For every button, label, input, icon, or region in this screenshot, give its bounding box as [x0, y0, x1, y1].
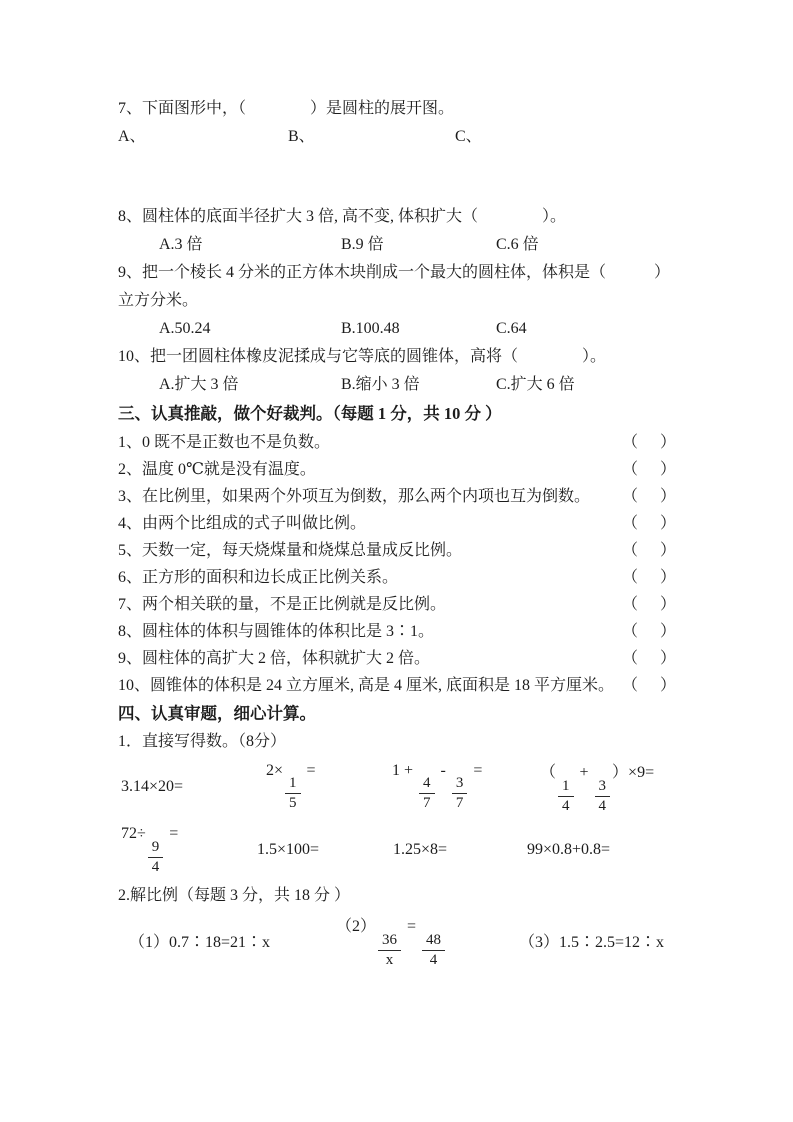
- paren-close: ）: [660, 591, 676, 618]
- calc-subtask-2-label: 2.解比例（每题 3 分，共 18 分 ）: [118, 883, 676, 909]
- answer-parentheses: （）: [622, 429, 676, 456]
- judge-item-text: 2、温度 0℃就是没有温度。: [118, 456, 316, 483]
- paren-open: （: [622, 429, 638, 456]
- question-9: 9、把一个棱长 4 分米的正方体木块削成一个最大的圆柱体，体积是（ ） 立方分米…: [118, 259, 676, 343]
- expression-4-part1: （: [540, 764, 556, 781]
- calc-subtask-1-label: 1．直接写得数。（8分）: [118, 729, 676, 755]
- judge-item-text: 3、在比例里，如果两个外项互为倒数，那么两个内项也互为倒数。: [118, 483, 590, 510]
- expression-8: 99×0.8+0.8=: [527, 841, 676, 859]
- question-9-text-line1: 9、把一个棱长 4 分米的正方体木块削成一个最大的圆柱体，体积是（ ）: [118, 259, 676, 287]
- paren-open: （: [622, 456, 638, 483]
- judge-item-6: 6、正方形的面积和边长成正比例关系。 （）: [118, 564, 676, 591]
- fraction-denominator: x: [386, 951, 394, 969]
- answer-parentheses: （）: [622, 456, 676, 483]
- judge-item-9: 9、圆柱体的高扩大 2 倍，体积就扩大 2 倍。 （）: [118, 645, 676, 672]
- paren-open: （: [622, 672, 638, 699]
- fraction-numerator: 36: [378, 932, 401, 951]
- paren-open: （: [622, 510, 638, 537]
- paren-open: （: [622, 618, 638, 645]
- judge-item-text: 10、圆锥体的体积是 24 立方厘米, 高是 4 厘米, 底面积是 18 平方厘…: [118, 672, 614, 699]
- paren-close: ）: [660, 672, 676, 699]
- fraction-numerator: 9: [148, 839, 164, 858]
- answer-parentheses: （）: [622, 645, 676, 672]
- question-9-text-line2: 立方分米。: [118, 287, 676, 315]
- proportion-3: （3）1.5∶2.5=12∶x: [519, 929, 676, 952]
- question-7: 7、下面图形中，（ ）是圆柱的展开图。 A、 B、 C、: [118, 95, 676, 203]
- judge-item-2: 2、温度 0℃就是没有温度。 （）: [118, 456, 676, 483]
- question-8-option-a: A.3 倍: [159, 231, 341, 259]
- answer-parentheses: （）: [622, 483, 676, 510]
- paren-close: ）: [660, 618, 676, 645]
- expression-1: 3.14×20=: [121, 778, 266, 796]
- proportion-2: （2）36x = 484: [336, 913, 519, 968]
- fraction: 36x: [378, 932, 401, 969]
- question-7-option-row: A、 B、 C、: [118, 123, 676, 151]
- paren-open: （: [622, 564, 638, 591]
- question-7-option-b-label: B、: [288, 123, 455, 151]
- question-7-figure-area: [118, 151, 676, 203]
- fraction: 37: [452, 775, 468, 812]
- judge-item-7: 7、两个相关联的量，不是正比例就是反比例。 （）: [118, 591, 676, 618]
- section-4-heading: 四、认真审题，细心计算。: [118, 701, 676, 727]
- paren-open: （: [622, 537, 638, 564]
- paren-open: （: [622, 483, 638, 510]
- question-7-option-c-label: C、: [455, 123, 676, 151]
- answer-parentheses: （）: [622, 672, 676, 699]
- expression-4-suffix: ）×9=: [612, 764, 654, 781]
- fraction-numerator: 1: [285, 775, 301, 794]
- question-7-option-a-label: A、: [118, 123, 288, 151]
- fraction: 14: [558, 778, 574, 815]
- question-8-option-row: A.3 倍 B.9 倍 C.6 倍: [118, 231, 676, 259]
- fraction-denominator: 4: [152, 858, 160, 876]
- fraction: 47: [419, 775, 435, 812]
- fraction-denominator: 7: [456, 794, 464, 812]
- judge-item-4: 4、由两个比组成的式子叫做比例。 （）: [118, 510, 676, 537]
- expression-5: 72÷94 =: [121, 825, 257, 875]
- question-7-text: 7、下面图形中，（ ）是圆柱的展开图。: [118, 95, 676, 123]
- expression-6: 1.5×100=: [257, 841, 393, 859]
- answer-parentheses: （）: [622, 618, 676, 645]
- paren-close: ）: [660, 456, 676, 483]
- answer-parentheses: （）: [622, 564, 676, 591]
- math-worksheet-page: 7、下面图形中，（ ）是圆柱的展开图。 A、 B、 C、 8、圆柱体的底面半径扩…: [0, 0, 793, 1122]
- question-8-option-c: C.6 倍: [496, 231, 676, 259]
- judge-item-text: 6、正方形的面积和边长成正比例关系。: [118, 564, 398, 591]
- expression-3: 1 + 47 - 37 =: [392, 762, 540, 812]
- answer-parentheses: （）: [622, 591, 676, 618]
- fraction-denominator: 4: [599, 797, 607, 815]
- fraction: 484: [422, 932, 445, 969]
- question-9-option-a: A.50.24: [159, 315, 341, 343]
- question-9-option-row: A.50.24 B.100.48 C.64: [118, 315, 676, 343]
- fraction: 34: [595, 778, 611, 815]
- expression-4-operator: +: [576, 764, 593, 781]
- expression-3-part1: 1 +: [392, 762, 417, 779]
- paren-open: （: [622, 591, 638, 618]
- question-9-option-c: C.64: [496, 315, 676, 343]
- solve-proportion-row: （1）0.7∶18=21∶x （2）36x = 484 （3）1.5∶2.5=1…: [118, 913, 676, 967]
- fraction-denominator: 4: [430, 951, 438, 969]
- expression-2-suffix: =: [303, 762, 316, 779]
- proportion-2-equals: =: [403, 918, 420, 935]
- question-8-option-b: B.9 倍: [341, 231, 496, 259]
- judge-item-text: 7、两个相关联的量，不是正比例就是反比例。: [118, 591, 446, 618]
- expression-7: 1.25×8=: [393, 841, 527, 859]
- section-3-heading: 三、认真推敲，做个好裁判。（每题 1 分，共 10 分 ）: [118, 401, 676, 427]
- worksheet-content: 7、下面图形中，（ ）是圆柱的展开图。 A、 B、 C、 8、圆柱体的底面半径扩…: [118, 95, 676, 967]
- question-10-option-b: B.缩小 3 倍: [341, 371, 496, 399]
- paren-close: ）: [660, 564, 676, 591]
- paren-close: ）: [660, 537, 676, 564]
- fraction: 15: [285, 775, 301, 812]
- judge-item-text: 9、圆柱体的高扩大 2 倍，体积就扩大 2 倍。: [118, 645, 430, 672]
- question-10-option-c: C.扩大 6 倍: [496, 371, 676, 399]
- mental-math-row-2: 72÷94 = 1.5×100= 1.25×8= 99×0.8+0.8=: [118, 825, 676, 875]
- paren-close: ）: [660, 429, 676, 456]
- question-8: 8、圆柱体的底面半径扩大 3 倍, 高不变, 体积扩大（ ）。 A.3 倍 B.…: [118, 203, 676, 259]
- expression-3-operator: -: [437, 762, 450, 779]
- question-10-option-a: A.扩大 3 倍: [159, 371, 341, 399]
- fraction: 94: [148, 839, 164, 876]
- fraction-numerator: 4: [419, 775, 435, 794]
- judge-item-text: 1、0 既不是正数也不是负数。: [118, 429, 330, 456]
- expression-5-prefix: 72÷: [121, 825, 146, 842]
- fraction-denominator: 7: [423, 794, 431, 812]
- expression-4: （14 + 34）×9=: [540, 759, 676, 814]
- fraction-numerator: 3: [452, 775, 468, 794]
- judge-item-text: 8、圆柱体的体积与圆锥体的体积比是 3∶1。: [118, 618, 434, 645]
- judge-item-5: 5、天数一定，每天烧煤量和烧煤总量成反比例。 （）: [118, 537, 676, 564]
- paren-close: ）: [660, 645, 676, 672]
- expression-5-suffix: =: [165, 825, 178, 842]
- judge-item-1: 1、0 既不是正数也不是负数。 （）: [118, 429, 676, 456]
- expression-3-suffix: =: [469, 762, 482, 779]
- proportion-1: （1）0.7∶18=21∶x: [129, 929, 336, 952]
- question-10: 10、把一团圆柱体橡皮泥揉成与它等底的圆锥体，高将（ ）。 A.扩大 3 倍 B…: [118, 343, 676, 399]
- proportion-2-prefix: （2）: [336, 918, 376, 935]
- fraction-denominator: 5: [289, 794, 297, 812]
- judge-item-text: 5、天数一定，每天烧煤量和烧煤总量成反比例。: [118, 537, 462, 564]
- judge-item-text: 4、由两个比组成的式子叫做比例。: [118, 510, 366, 537]
- question-10-option-row: A.扩大 3 倍 B.缩小 3 倍 C.扩大 6 倍: [118, 371, 676, 399]
- fraction-numerator: 1: [558, 778, 574, 797]
- fraction-denominator: 4: [562, 797, 570, 815]
- judge-item-8: 8、圆柱体的体积与圆锥体的体积比是 3∶1。 （）: [118, 618, 676, 645]
- paren-close: ）: [660, 483, 676, 510]
- question-9-option-b: B.100.48: [341, 315, 496, 343]
- answer-parentheses: （）: [622, 537, 676, 564]
- mental-math-row-1: 3.14×20= 2×15 = 1 + 47 - 37 = （14 + 34）×…: [118, 759, 676, 809]
- expression-2-prefix: 2×: [266, 762, 283, 779]
- judge-item-3: 3、在比例里，如果两个外项互为倒数，那么两个内项也互为倒数。 （）: [118, 483, 676, 510]
- expression-2: 2×15 =: [266, 762, 392, 812]
- question-8-text: 8、圆柱体的底面半径扩大 3 倍, 高不变, 体积扩大（ ）。: [118, 203, 676, 231]
- fraction-numerator: 48: [422, 932, 445, 951]
- question-10-text: 10、把一团圆柱体橡皮泥揉成与它等底的圆锥体，高将（ ）。: [118, 343, 676, 371]
- paren-open: （: [622, 645, 638, 672]
- judge-list: 1、0 既不是正数也不是负数。 （） 2、温度 0℃就是没有温度。 （） 3、在…: [118, 429, 676, 699]
- answer-parentheses: （）: [622, 510, 676, 537]
- judge-item-10: 10、圆锥体的体积是 24 立方厘米, 高是 4 厘米, 底面积是 18 平方厘…: [118, 672, 676, 699]
- fraction-numerator: 3: [595, 778, 611, 797]
- paren-close: ）: [660, 510, 676, 537]
